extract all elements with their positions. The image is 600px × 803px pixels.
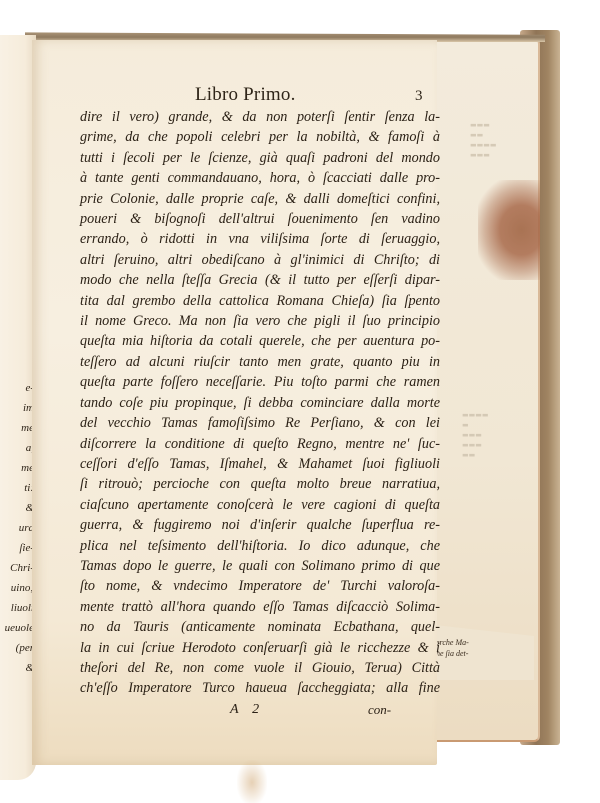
text-line: ciaſcuno apertamente conoſcerà le vere c… xyxy=(80,495,440,515)
page-number: 3 xyxy=(415,88,423,105)
slip-line: erche Ma- xyxy=(436,637,534,648)
show-through-text: ▬▬▬▬▬▬▬▬▬▬▬▬ xyxy=(470,120,496,160)
text-line: ſi ritrouò; percioche con queſta molto b… xyxy=(80,474,440,494)
fragment: uino; xyxy=(0,578,34,598)
text-line: ceſſori d'eſſo Tamas, Iſmahel, & Mahamet… xyxy=(80,454,440,474)
fragment: im xyxy=(0,398,34,418)
fragment: ſie- xyxy=(0,538,34,558)
text-line: tita dal grembo della cattolica Romana C… xyxy=(80,291,440,311)
text-line: dire il vero) grande, & da non poterſi ſ… xyxy=(80,107,440,127)
text-line: grime, da che popoli celebri per la nobi… xyxy=(80,127,440,147)
text-line: à tante genti commandauano, hora, ò ſcac… xyxy=(80,168,440,188)
show-through-text: ▬▬▬▬▬▬▬▬▬▬▬▬▬ xyxy=(462,410,488,460)
text-line: plica nel teſsimento dell'hiſtoria. Io d… xyxy=(80,536,440,556)
signature-mark: A 2 xyxy=(230,702,269,718)
water-stain xyxy=(237,760,267,803)
running-head: Libro Primo. xyxy=(195,84,296,106)
text-line: modo che nella ſteſſa Grecia (& il tutto… xyxy=(80,270,440,290)
signature-letter: A xyxy=(230,702,239,717)
text-line: ſto nome, & vndecimo Imperatore de' Turc… xyxy=(80,576,440,596)
fragment: & xyxy=(0,498,34,518)
text-line: queſta parte foſſero neceſſarie. Piu toſ… xyxy=(80,372,440,392)
fragment: ueuole xyxy=(0,618,34,638)
text-line: queſta mia hiſtoria da cotali querele, c… xyxy=(80,331,440,351)
fragment: (per xyxy=(0,638,34,658)
text-line: poueri & biſognoſi dell'altrui ſouenimen… xyxy=(80,209,440,229)
fragment: e- xyxy=(0,378,34,398)
text-line: errando, ò ridotti in vna viliſsima ſort… xyxy=(80,229,440,249)
fragment: & xyxy=(0,658,34,678)
text-line: ch'eſſo Imperatore Turco haueua ſacchegg… xyxy=(80,678,440,698)
slip-line: ne ſia det- xyxy=(436,648,534,659)
text-line: theſori del Re, non come vuole il Giouio… xyxy=(80,658,440,678)
fragment: a, xyxy=(0,438,34,458)
catchword: con- xyxy=(368,702,391,718)
body-text: dire il vero) grande, & da non poterſi ſ… xyxy=(80,107,440,699)
text-line: prie Colonie, dalle proprie caſe, & dall… xyxy=(80,189,440,209)
text-line: guerra, & fuggiremo noi d'inſerir qualch… xyxy=(80,515,440,535)
text-line: no da Tauris (anticamente nominata Ecbat… xyxy=(80,617,440,637)
signature-number: 2 xyxy=(252,702,259,717)
fragment: me xyxy=(0,418,34,438)
text-line: teſſero ad alcuni riuſcir tanto men grat… xyxy=(80,352,440,372)
fragment: ura xyxy=(0,518,34,538)
text-line: diſcorrere la conditione di queſto Regno… xyxy=(80,434,440,454)
text-line: mente trattò all'hora quando eſſo Tamas … xyxy=(80,597,440,617)
fragment: me xyxy=(0,458,34,478)
text-line: altri ſeruino, altri obediſcano à gl'ini… xyxy=(80,250,440,270)
text-line: il nome Greco. Ma non ſia vero che pigli… xyxy=(80,311,440,331)
text-line: la in cui ſcriue Herodoto conſeruarſi gi… xyxy=(80,638,440,658)
text-line: tutti i ſecoli per le ſcienze, già quaſi… xyxy=(80,148,440,168)
left-page-text-fragments: e- im me a, me ti: & ura ſie- Chri- uino… xyxy=(0,378,34,678)
fragment: liuoli xyxy=(0,598,34,618)
fragment: ti: xyxy=(0,478,34,498)
fragment: Chri- xyxy=(0,558,34,578)
text-line: del vecchio Tamas famoſiſsimo Re Perſian… xyxy=(80,413,440,433)
text-line: tando coſe piu propinque, ſi debba comin… xyxy=(80,393,440,413)
text-line: Tamas dopo le guerre, le quali con Solim… xyxy=(80,556,440,576)
foxing-stain xyxy=(478,180,540,280)
